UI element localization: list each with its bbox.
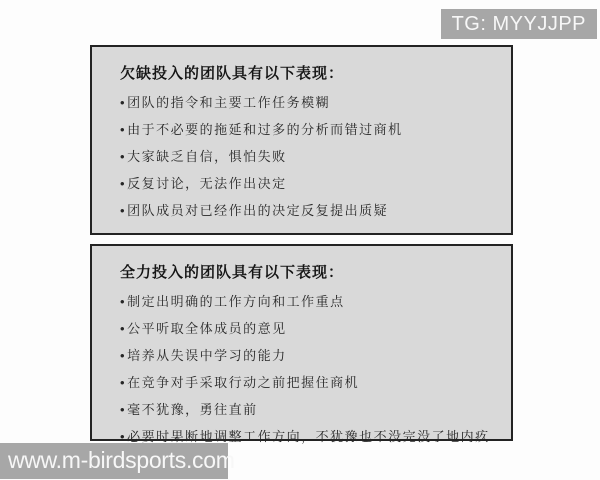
- uncommitted-team-box: 欠缺投入的团队具有以下表现： •团队的指令和主要工作任务模糊 •由于不必要的拖延…: [90, 45, 513, 235]
- bullet-dot: •: [120, 289, 126, 315]
- bullet-text: 培养从失误中学习的能力: [127, 349, 287, 364]
- bullet-item: •反复讨论，无法作出决定: [120, 171, 497, 198]
- bullet-text: 毫不犹豫，勇往直前: [127, 403, 258, 418]
- bullet-dot: •: [120, 370, 126, 396]
- bullet-text: 反复讨论，无法作出决定: [127, 177, 287, 192]
- committed-team-box: 全力投入的团队具有以下表现： •制定出明确的工作方向和工作重点 •公平听取全体成…: [90, 244, 513, 441]
- bullet-item: •由于不必要的拖延和过多的分析而错过商机: [120, 117, 497, 144]
- bullet-text: 在竞争对手采取行动之前把握住商机: [127, 376, 359, 391]
- bullet-text: 由于不必要的拖延和过多的分析而错过商机: [127, 123, 403, 138]
- watermark-website: www.m-birdsports.com: [0, 443, 228, 479]
- bullet-dot: •: [120, 171, 126, 197]
- bullet-dot: •: [120, 198, 126, 224]
- slide-page: TG: MYYJJPP 欠缺投入的团队具有以下表现： •团队的指令和主要工作任务…: [0, 0, 600, 480]
- bullet-item: •制定出明确的工作方向和工作重点: [120, 289, 497, 316]
- committed-team-title: 全力投入的团队具有以下表现：: [120, 261, 497, 282]
- watermark-telegram: TG: MYYJJPP: [441, 9, 597, 39]
- bullet-dot: •: [120, 90, 126, 116]
- bullet-dot: •: [120, 117, 126, 143]
- bullet-dot: •: [120, 144, 126, 170]
- bullet-item: •大家缺乏自信，惧怕失败: [120, 144, 497, 171]
- bullet-dot: •: [120, 316, 126, 342]
- bullet-dot: •: [120, 397, 126, 423]
- bullet-dot: •: [120, 343, 126, 369]
- bullet-item: •公平听取全体成员的意见: [120, 316, 497, 343]
- bullet-item: •培养从失误中学习的能力: [120, 343, 497, 370]
- bullet-text: 公平听取全体成员的意见: [127, 322, 287, 337]
- bullet-text: 大家缺乏自信，惧怕失败: [127, 150, 287, 165]
- bullet-text: 团队成员对已经作出的决定反复提出质疑: [127, 204, 388, 219]
- bullet-text: 团队的指令和主要工作任务模糊: [127, 96, 330, 111]
- bullet-text: 制定出明确的工作方向和工作重点: [127, 295, 345, 310]
- bullet-item: •团队成员对已经作出的决定反复提出质疑: [120, 198, 497, 225]
- bullet-item: •团队的指令和主要工作任务模糊: [120, 90, 497, 117]
- uncommitted-team-title: 欠缺投入的团队具有以下表现：: [120, 62, 497, 83]
- bullet-item: •毫不犹豫，勇往直前: [120, 397, 497, 424]
- bullet-item: •在竞争对手采取行动之前把握住商机: [120, 370, 497, 397]
